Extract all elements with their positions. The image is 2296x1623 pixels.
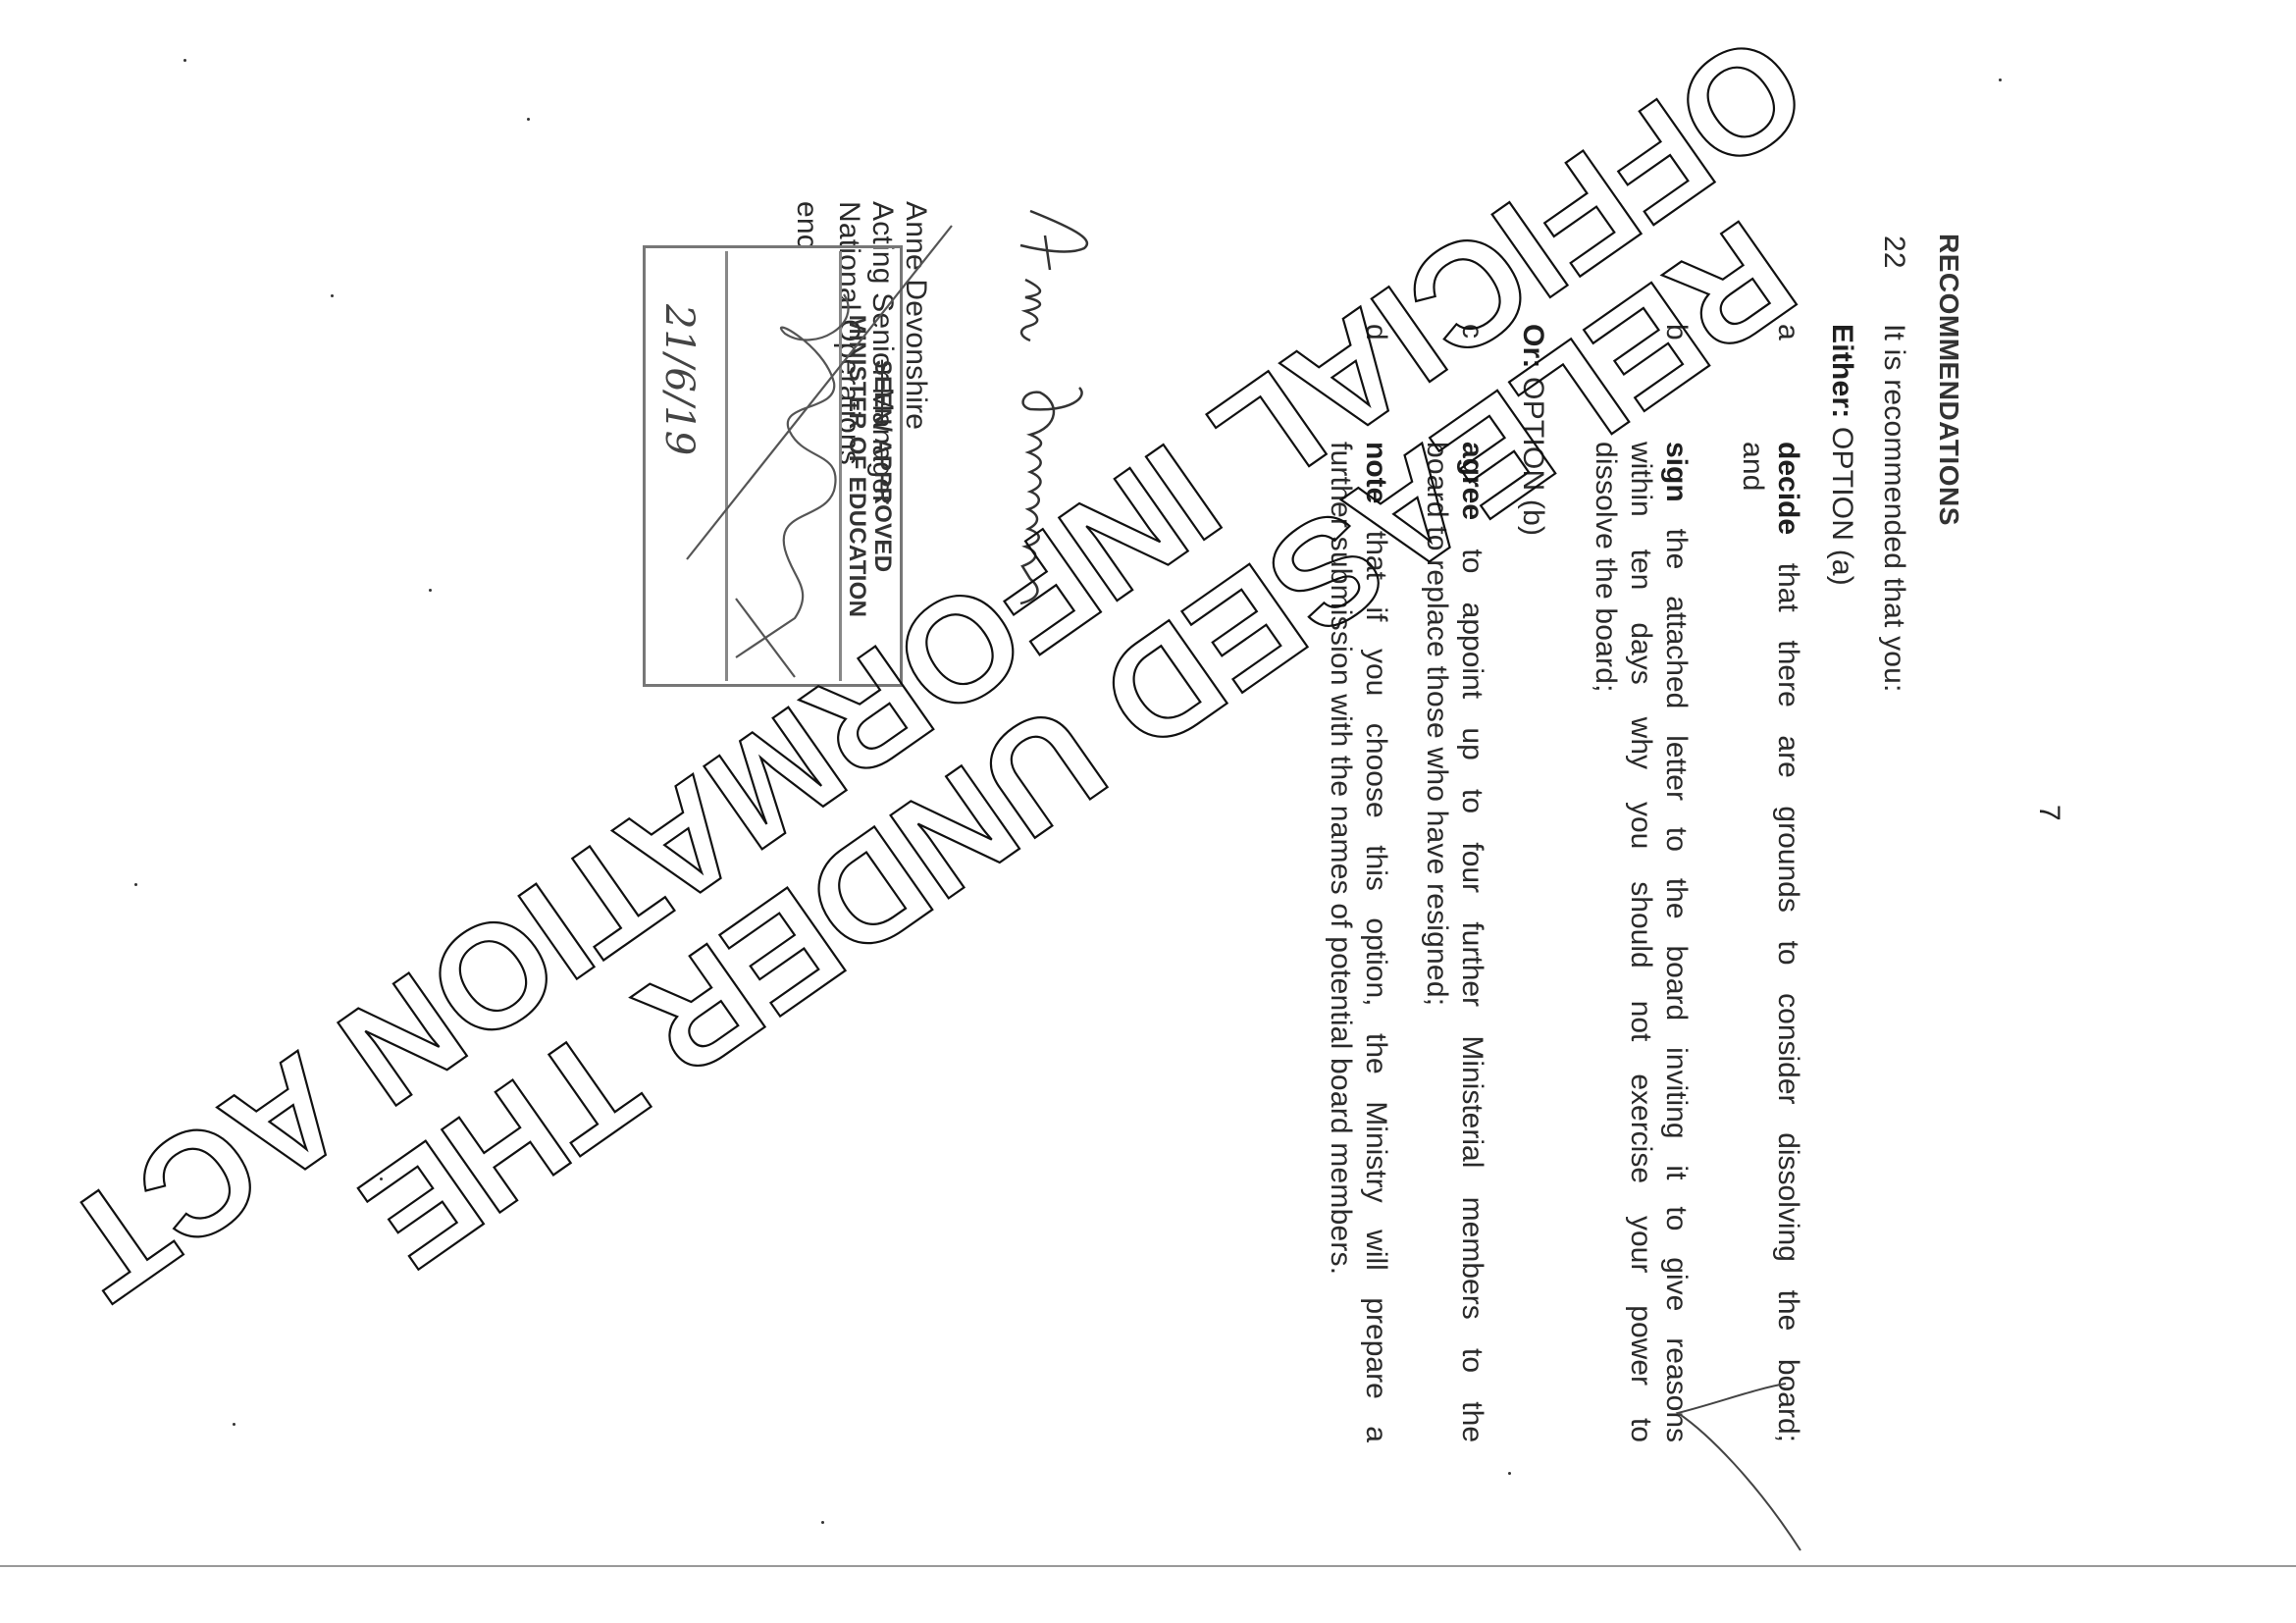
item-d-line-1: note that if you choose this option, the… [1358, 442, 1393, 1442]
item-letter-a: a [1770, 324, 1805, 340]
handwritten-signature [991, 201, 1099, 711]
item-b: sign the attached letter to the board in… [1623, 442, 1694, 1442]
scan-speck [1508, 1472, 1511, 1475]
scan-speck [429, 589, 432, 592]
item-b-text-1: the attached letter to the board invitin… [1660, 502, 1693, 1442]
item-a-text: that there are grounds to consider disso… [1772, 535, 1804, 1442]
scan-speck [233, 1423, 235, 1426]
item-a: decide that there are grounds to conside… [1770, 442, 1805, 1442]
option-a-heading: Either: OPTION (a) [1824, 324, 1859, 586]
item-b-line-3: dissolve the board; [1588, 442, 1623, 693]
option-b-heading: Or: OPTION (b) [1515, 324, 1550, 536]
item-letter-c: c [1454, 324, 1489, 339]
item-d-line-2: further submission with the names of pot… [1323, 442, 1358, 1275]
approval-stamp: SEEN/ APPROVED MINISTER OF EDUCATION 21/… [643, 245, 903, 687]
option-a-title: OPTION (a) [1826, 427, 1858, 586]
scan-speck [821, 1521, 824, 1524]
item-c: agree to appoint up to four further Mini… [1454, 442, 1489, 1442]
item-a-line-1: decide that there are grounds to conside… [1770, 442, 1805, 1442]
intro-text: It is recommended that you: [1876, 324, 1911, 693]
document-page: 7 RECOMMENDATIONS 22 It is recommended t… [0, 0, 2296, 1623]
minister-signature [706, 265, 962, 677]
item-d: note that if you choose this option, the… [1358, 442, 1393, 1442]
scan-speck [183, 59, 186, 62]
item-letter-d: d [1358, 324, 1393, 340]
item-d-verb: note [1360, 442, 1392, 503]
option-b-label: Or: [1517, 324, 1549, 369]
scan-speck [527, 118, 530, 121]
scan-speck [331, 294, 334, 297]
item-c-line-1: agree to appoint up to four further Mini… [1454, 442, 1489, 1442]
item-letter-b: b [1658, 324, 1694, 340]
stamp-date: 21/6/19 [656, 304, 702, 455]
enclosure-note: enc [789, 201, 824, 249]
pen-tick-mark [1639, 1374, 1796, 1570]
item-c-text-1: to appoint up to four further Ministeria… [1456, 520, 1488, 1442]
section-heading: RECOMMENDATIONS [1933, 234, 1964, 526]
scan-edge-line [0, 1565, 2296, 1567]
page-number: 7 [2032, 805, 2065, 821]
item-d-text-1: that if you choose this option, the Mini… [1360, 503, 1392, 1442]
scanned-page-viewport: 7 RECOMMENDATIONS 22 It is recommended t… [0, 0, 2296, 1623]
scan-speck [1999, 79, 2002, 81]
item-a-verb: decide [1772, 442, 1804, 535]
paragraph-number: 22 [1876, 236, 1911, 269]
item-c-line-2: board to replace those who have resigned… [1419, 442, 1454, 1006]
item-c-verb: agree [1456, 442, 1488, 520]
item-b-verb: sign [1660, 442, 1693, 502]
option-b-title: OPTION (b) [1517, 377, 1549, 536]
item-a-line-2: and [1735, 442, 1770, 492]
item-b-line-1: sign the attached letter to the board in… [1658, 442, 1694, 1442]
scan-speck [380, 1178, 383, 1180]
item-b-line-2: within ten days why you should not exerc… [1623, 442, 1658, 1442]
option-a-label: Either: [1826, 324, 1858, 418]
scan-speck [134, 883, 137, 886]
